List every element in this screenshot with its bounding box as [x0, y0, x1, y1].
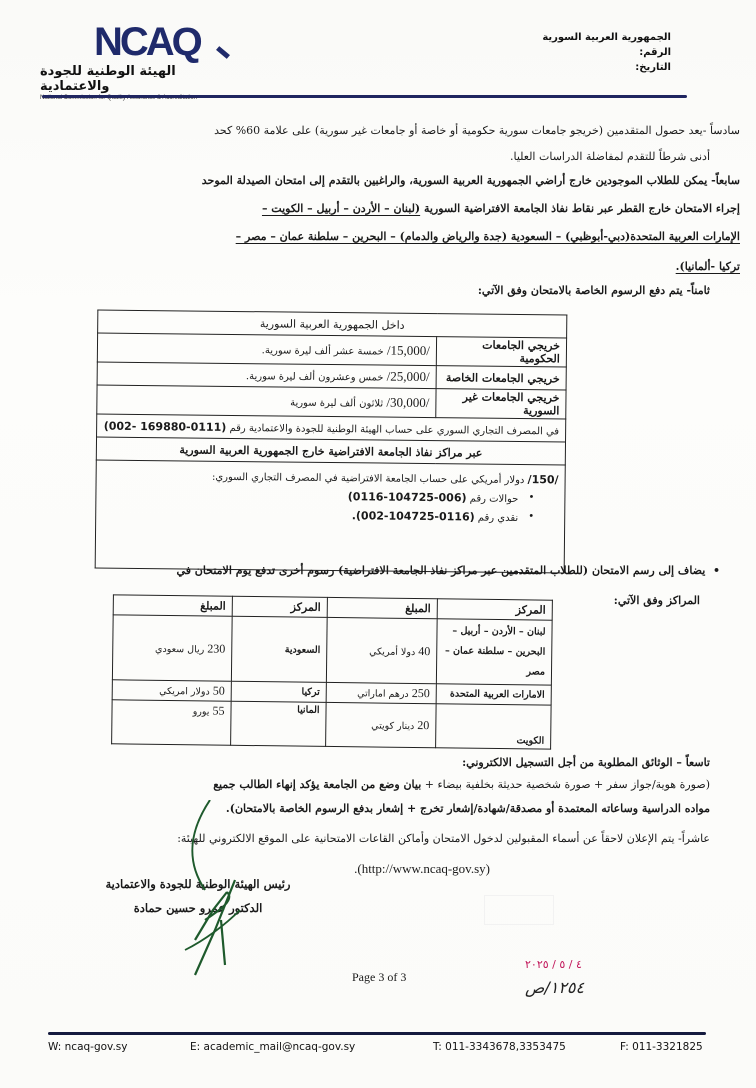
- center-name: الامارات العربية المتحدة: [436, 684, 551, 705]
- cash-label: نقدي رقم: [475, 513, 519, 524]
- col-header-amount: المبلغ: [327, 597, 437, 618]
- clause-seventh-line3: الإمارات العربية المتحدة(دبي-أبوظبي) – ا…: [236, 226, 740, 248]
- bullet-icon: •: [705, 564, 720, 577]
- transfers-label: حوالات رقم: [466, 493, 518, 505]
- center-name: السعودية: [231, 616, 327, 682]
- footer-email[interactable]: E: academic_mail@ncaq-gov.sy: [190, 1041, 355, 1053]
- header-divider: [42, 95, 687, 98]
- clause-ninth-line2: مواده الدراسية وساعاته المعتمدة أو مصدقة…: [226, 798, 710, 820]
- table-row: /150/ دولار أمريكي على حساب الجامعة الاف…: [95, 460, 565, 573]
- fee-category: خريجي الجامعات الخاصة: [436, 366, 566, 390]
- col-header-center: المركز: [232, 596, 327, 617]
- stamp-date: ٤ / ٥ / ٢٠٢٥: [525, 958, 582, 971]
- fee-words: ثلاثون ألف ليرة سورية: [290, 398, 383, 410]
- outside-fee-details: /150/ دولار أمريكي على حساب الجامعة الاف…: [95, 460, 565, 573]
- centers-fees-table: المركز المبلغ المركز المبلغ لبنان – الأر…: [111, 594, 553, 749]
- outside-fee-text: دولار أمريكي على حساب الجامعة الافتراضية…: [212, 472, 525, 486]
- fee-number: 55: [212, 704, 224, 718]
- center-name: لبنان – الأردن – أربيل – البحرين – سلطنة…: [436, 619, 552, 685]
- center-name: تركيا: [231, 681, 326, 702]
- transfers-account: (006-104725-0116): [348, 490, 467, 504]
- ncaq-website-link[interactable]: (http://www.ncaq-gov.sy).: [354, 858, 490, 880]
- fee-number: 40: [418, 644, 430, 658]
- fee-currency: دينار كويتي: [371, 720, 414, 732]
- fee-currency: دولا أمريكي: [369, 646, 415, 658]
- fee-number: /30,000/: [386, 395, 429, 410]
- document-page: NCAQ الهيئة الوطنية للجودة والاعتمادية N…: [0, 0, 756, 1088]
- fee-number: /15,000/: [387, 343, 430, 358]
- fee-number: 50: [213, 684, 225, 698]
- country-name: الجمهورية العربية السورية: [542, 30, 671, 45]
- footer-website[interactable]: W: ncaq-gov.sy: [48, 1041, 127, 1053]
- clause-sixth-line1: سادساً -يعد حصول المتقدمين (خريجو جامعات…: [214, 120, 740, 142]
- extra-fees-text: يضاف إلى رسم الامتحان (للطلاب المتقدمين …: [177, 564, 706, 577]
- fee-currency: دولار امريكي: [159, 686, 210, 698]
- clause-tenth-line1: عاشراً- يتم الإعلان لاحقاً عن أسماء المق…: [177, 828, 710, 850]
- footer-fax: F: 011-3321825: [620, 1041, 703, 1053]
- clause-seventh-line1: سابعاً- يمكن للطلاب الموجودين خارج أراضي…: [202, 170, 740, 192]
- extra-fees-line2: المراكز وفق الآتي:: [614, 590, 700, 612]
- table-row: الكويت 20 دينار كويتي المانيا 55 يورو: [112, 700, 552, 749]
- clause-sixth-line2: أدنى شرطاً للتقدم لمفاضلة الدراسات العلي…: [510, 146, 710, 168]
- clause-seventh-line2: إجراء الامتحان خارج القطر عبر نقاط نفاذ …: [262, 198, 740, 220]
- date-label: التاريخ:: [542, 60, 671, 75]
- fee-number: 20: [417, 718, 429, 732]
- bank-account-number: (0111-169880 -002): [104, 419, 227, 433]
- account-list: حوالات رقم (006-104725-0116) نقدي رقم (0…: [102, 488, 558, 525]
- clause-seventh-line4: تركيا -ألمانيا).: [676, 256, 740, 278]
- col-header-amount: المبلغ: [113, 595, 232, 616]
- clause-ninth-line1: (صورة هوية/جواز سفر + صورة شخصية حديثة ب…: [213, 774, 710, 796]
- list-item: نقدي رقم (0116-104725-002).: [102, 507, 518, 524]
- outside-fee-line: /150/ دولار أمريكي على حساب الجامعة الاف…: [103, 469, 559, 487]
- list-item: حوالات رقم (006-104725-0116): [102, 488, 518, 505]
- ninth-docs-bold: بيان وضع من الجامعة يؤكد إنهاء الطالب جم…: [213, 778, 421, 791]
- extra-fees-line1: • يضاف إلى رسم الامتحان (للطلاب المتقدمي…: [177, 560, 720, 582]
- fee-number: /25,000/: [387, 369, 430, 384]
- fee-words: خمس وعشرون ألف ليرة سورية.: [246, 371, 384, 383]
- faded-stamp: [484, 895, 554, 925]
- center-fee: 50 دولار امريكي: [112, 680, 231, 701]
- center-fee: 230 ريال سعودي: [112, 615, 232, 681]
- col-header-center: المركز: [437, 599, 552, 620]
- ncaq-logo: NCAQ: [94, 22, 260, 62]
- clause-seventh-text: إجراء الامتحان خارج القطر عبر نقاط نفاذ …: [420, 202, 740, 215]
- org-name-arabic: الهيئة الوطنية للجودة والاعتمادية: [40, 64, 240, 94]
- fee-words: خمسة عشر ألف ليرة سورية.: [262, 345, 384, 357]
- fee-currency: ريال سعودي: [155, 643, 204, 655]
- center-name: المانيا: [231, 701, 327, 746]
- center-fee: 55 يورو: [112, 700, 232, 745]
- fee-number: 230: [207, 641, 225, 655]
- clause-seventh-countries-a: (لبنان – الأردن – أربيل – الكويت –: [262, 202, 420, 215]
- cash-account: (0116-104725-002).: [352, 509, 475, 523]
- stamp-reference: ١٢٥٤/ص: [525, 978, 584, 997]
- center-name: الكويت: [436, 704, 552, 749]
- magnifier-tail-icon: [216, 46, 230, 59]
- ninth-docs-text: (صورة هوية/جواز سفر + صورة شخصية حديثة ب…: [421, 778, 710, 791]
- footer-phone: T: 011-3343678,3353475: [433, 1041, 566, 1053]
- fee-amount: /15,000/ خمسة عشر ألف ليرة سورية.: [97, 333, 436, 366]
- letterhead-fields: الجمهورية العربية السورية الرقم: التاريخ…: [542, 30, 671, 75]
- org-logo-block: NCAQ الهيئة الوطنية للجودة والاعتمادية N…: [40, 22, 260, 101]
- table-row: لبنان – الأردن – أربيل – البحرين – سلطنة…: [112, 615, 552, 685]
- fee-amount: /30,000/ ثلاثون ألف ليرة سورية: [97, 385, 436, 418]
- center-fee: 250 درهم اماراتي: [326, 682, 436, 703]
- outside-fee-amount: /150/: [528, 473, 559, 486]
- logo-mark-text: NCAQ: [94, 20, 200, 64]
- reference-label: الرقم:: [542, 45, 671, 60]
- fee-currency: درهم اماراتي: [357, 688, 409, 700]
- bank-note-text: في المصرف التجاري السوري على حساب الهيئة…: [226, 422, 559, 436]
- exam-fees-table: داخل الجمهورية العربية السورية خريجي الج…: [95, 310, 568, 574]
- fee-category: خريجي الجامعات غير السورية: [436, 389, 566, 419]
- fee-currency: يورو: [193, 706, 210, 717]
- center-fee: 20 دينار كويتي: [326, 702, 437, 747]
- clause-ninth-title: تاسعاً – الوثائق المطلوبة من أجل التسجيل…: [462, 752, 710, 774]
- fee-category: خريجي الجامعات الحكومية: [436, 337, 566, 367]
- footer-divider: [48, 1032, 706, 1035]
- clause-eighth-intro: ثامناً- يتم دفع الرسوم الخاصة بالامتحان …: [478, 280, 710, 302]
- page-number: Page 3 of 3: [352, 970, 406, 985]
- fee-number: 250: [412, 686, 430, 700]
- handwritten-signature-icon: [165, 800, 255, 990]
- center-fee: 40 دولا أمريكي: [326, 617, 437, 683]
